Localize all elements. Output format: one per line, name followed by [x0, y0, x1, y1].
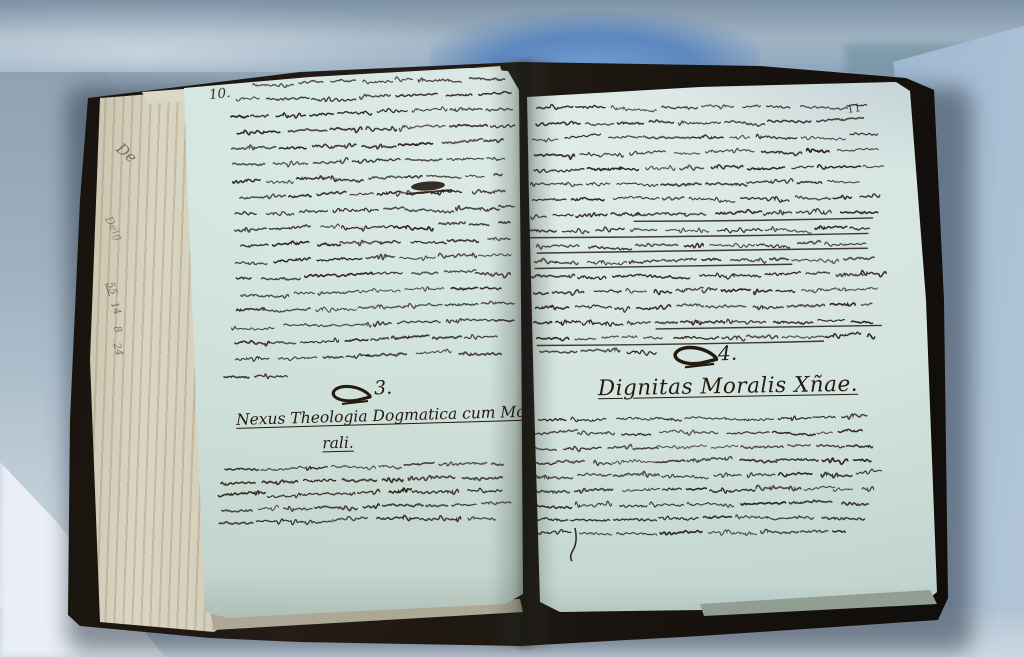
left-page-margin-number: 10.	[208, 85, 231, 103]
legible-text-layer: 10. 11 3. Nexus Theologia Dogmatica cum …	[0, 0, 1024, 657]
edge-note: De	[113, 139, 141, 166]
right-section-number: 4.	[718, 341, 738, 366]
right-page-corner-mark: 11	[846, 101, 862, 116]
edge-note: 8	[111, 325, 123, 334]
left-page-heading-line1: Nexus Theologia Dogmatica cum Mo-	[236, 403, 514, 429]
edge-note: 24	[110, 342, 124, 357]
right-page-heading: Dignitas Moralis Xñae.	[592, 372, 864, 402]
edge-note: 14	[108, 301, 122, 317]
left-page-heading-line2: rali.	[300, 433, 376, 453]
edge-note: Deig	[102, 214, 126, 243]
edge-note: 55	[104, 281, 118, 297]
manuscript-photo: 10. 11 3. Nexus Theologia Dogmatica cum …	[0, 0, 1024, 657]
left-section-number: 3.	[373, 377, 392, 400]
